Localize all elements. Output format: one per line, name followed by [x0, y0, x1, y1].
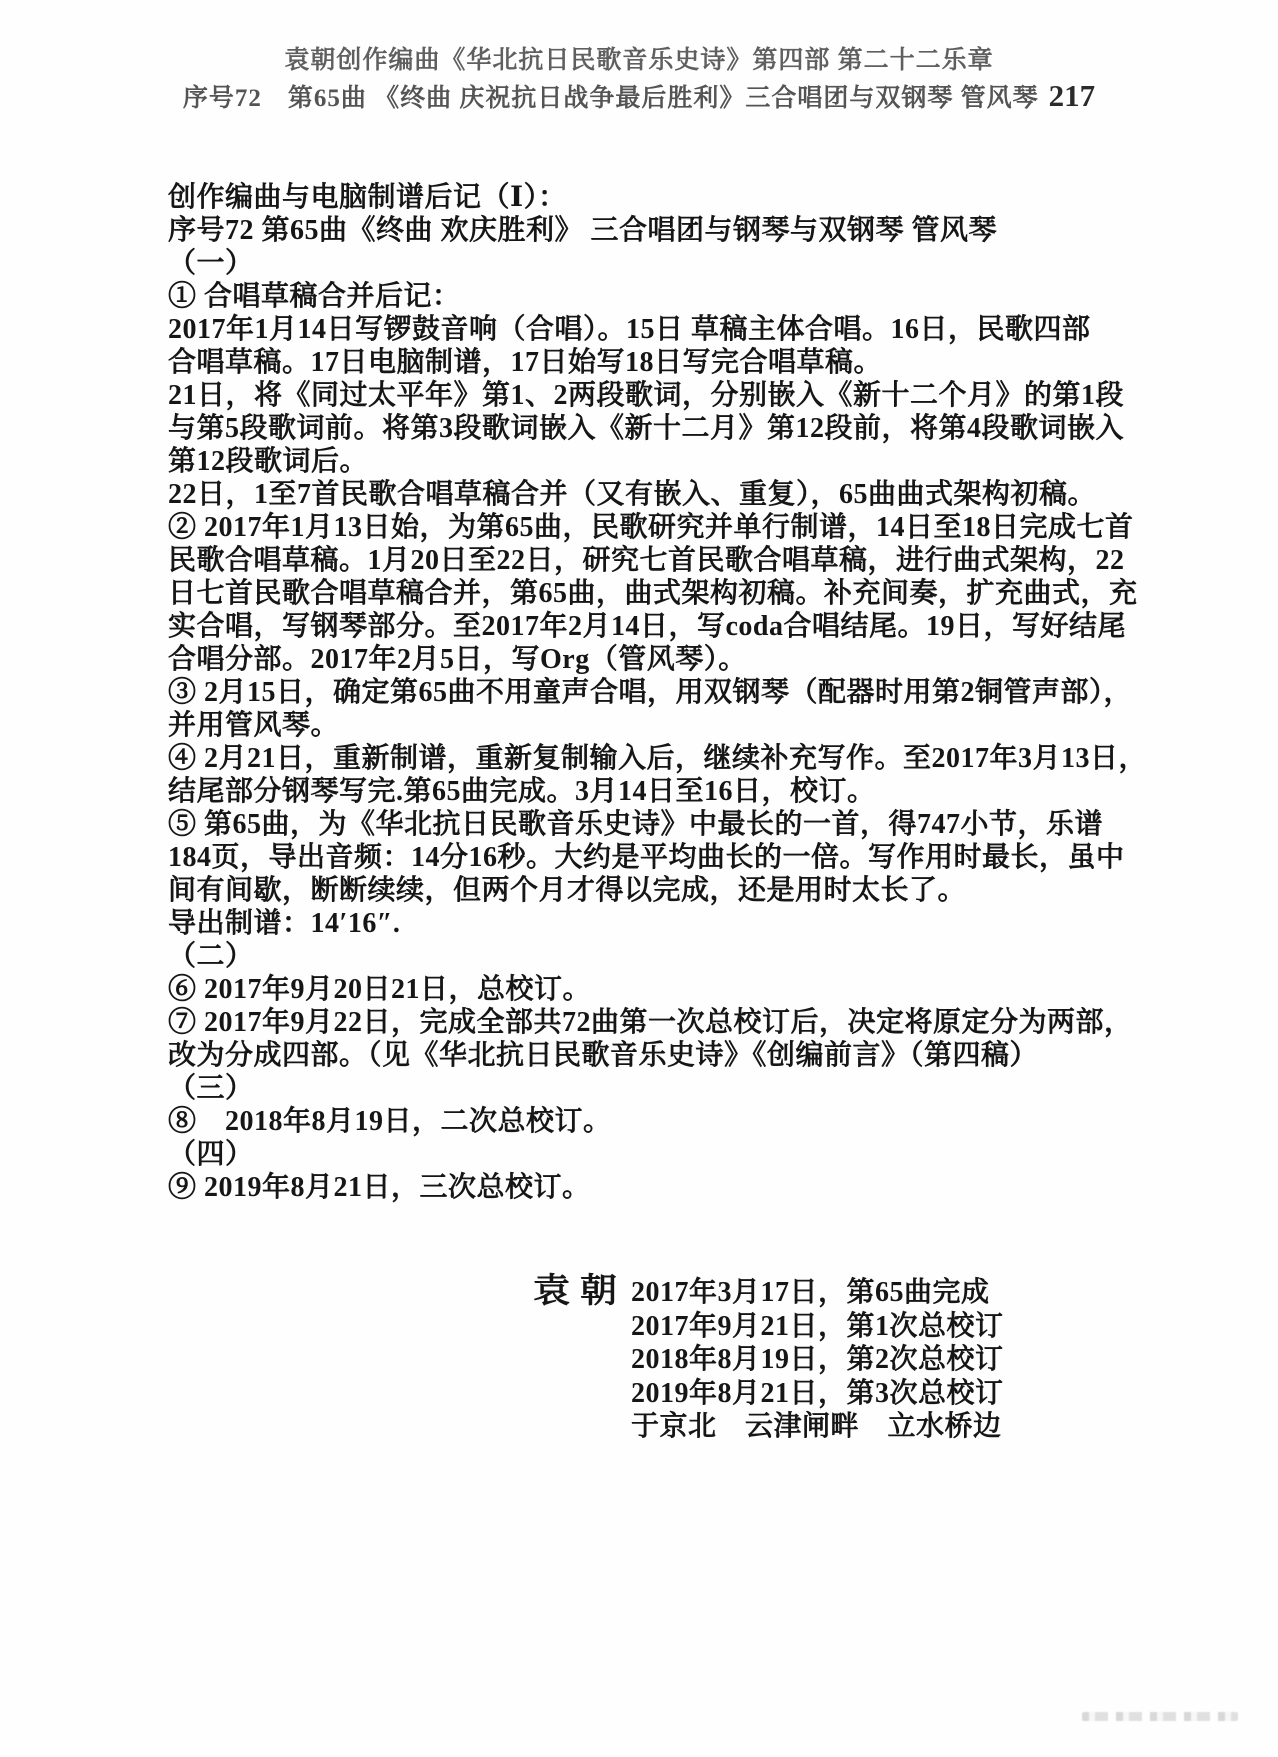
text-line: 合唱分部。2017年2月5日，写Org（管风琴）。	[168, 643, 1128, 676]
text-line: （四）	[168, 1138, 1128, 1171]
text-line: ⑤ 第65曲，为《华北抗日民歌音乐史诗》中最长的一首，得747小节，乐谱	[168, 808, 1128, 841]
text-line: ⑥ 2017年9月20日21日，总校订。	[168, 973, 1128, 1006]
page-number: 217	[1049, 78, 1096, 113]
text-line: 序号72 第65曲《终曲 欢庆胜利》 三合唱团与钢琴与双钢琴 管风琴	[168, 214, 1128, 247]
running-head-line1: 袁朝创作编曲《华北抗日民歌音乐史诗》第四部 第二十二乐章	[0, 44, 1278, 78]
text-line: 22日，1至7首民歌合唱草稿合并（又有嵌入、重复），65曲曲式架构初稿。	[168, 478, 1128, 511]
text-line: ① 合唱草稿合并后记：	[168, 280, 1128, 313]
text-line: 改为分成四部。（见《华北抗日民歌音乐史诗》《创编前言》（第四稿）	[168, 1039, 1128, 1072]
running-head-line2: 序号72 第65曲 《终曲 庆祝抗日战争最后胜利》三合唱团与双钢琴 管风琴217	[0, 78, 1278, 117]
text-line: 导出制谱：14′16″.	[168, 907, 1128, 940]
text-line: 2017年1月14日写锣鼓音响（合唱）。15日 草稿主体合唱。16日，民歌四部	[168, 313, 1128, 346]
text-line: （三）	[168, 1072, 1128, 1105]
text-line: 间有间歇，断断续续，但两个月才得以完成，还是用时太长了。	[168, 874, 1128, 907]
running-head: 袁朝创作编曲《华北抗日民歌音乐史诗》第四部 第二十二乐章 序号72 第65曲 《…	[0, 44, 1278, 117]
running-head-line2-text: 序号72 第65曲 《终曲 庆祝抗日战争最后胜利》三合唱团与双钢琴 管风琴	[183, 85, 1039, 112]
text-line: 184页，导出音频：14分16秒。大约是平均曲长的一倍。写作用时最长，虽中	[168, 841, 1128, 874]
author-signature: 袁朝	[533, 1274, 627, 1311]
signature-line: 2019年8月21日，第3次总校订	[631, 1377, 1004, 1411]
text-line: 实合唱，写钢琴部分。至2017年2月14日，写coda合唱结尾。19日，写好结尾	[168, 610, 1128, 643]
body-text: 创作编曲与电脑制谱后记（Ⅰ）：序号72 第65曲《终曲 欢庆胜利》 三合唱团与钢…	[168, 181, 1128, 1204]
text-line: （二）	[168, 940, 1128, 973]
watermark-smudge	[1082, 1712, 1238, 1721]
signature-line: 2018年8月19日，第2次总校订	[631, 1343, 1004, 1377]
text-line: ② 2017年1月13日始，为第65曲，民歌研究并单行制谱，14日至18日完成七…	[168, 511, 1128, 544]
text-line: ⑧ 2018年8月19日，二次总校订。	[168, 1105, 1128, 1138]
text-line: 日七首民歌合唱草稿合并，第65曲，曲式架构初稿。补充间奏，扩充曲式，充	[168, 577, 1128, 610]
text-line: 创作编曲与电脑制谱后记（Ⅰ）：	[168, 181, 1128, 214]
document-page: 袁朝创作编曲《华北抗日民歌音乐史诗》第四部 第二十二乐章 序号72 第65曲 《…	[0, 0, 1278, 1757]
signature-line: 于京北 云津闸畔 立水桥边	[631, 1410, 1004, 1444]
signature-block: 袁朝 2017年3月17日，第65曲完成2017年9月21日，第1次总校订201…	[533, 1272, 1004, 1444]
text-line: （一）	[168, 247, 1128, 280]
text-line: 21日，将《同过太平年》第1、2两段歌词，分别嵌入《新十二个月》的第1段	[168, 379, 1128, 412]
text-line: 第12段歌词后。	[168, 445, 1128, 478]
text-line: 结尾部分钢琴写完.第65曲完成。3月14日至16日，校订。	[168, 775, 1128, 808]
text-line: ④ 2月21日，重新制谱，重新复制输入后，继续补充写作。至2017年3月13日，	[168, 742, 1128, 775]
text-line: ⑨ 2019年8月21日，三次总校订。	[168, 1171, 1128, 1204]
signature-line: 2017年3月17日，第65曲完成	[631, 1276, 1004, 1310]
signature-lines: 2017年3月17日，第65曲完成2017年9月21日，第1次总校订2018年8…	[631, 1272, 1004, 1444]
text-line: 并用管风琴。	[168, 709, 1128, 742]
text-line: ⑦ 2017年9月22日，完成全部共72曲第一次总校订后，决定将原定分为两部，	[168, 1006, 1128, 1039]
text-line: 民歌合唱草稿。1月20日至22日，研究七首民歌合唱草稿，进行曲式架构，22	[168, 544, 1128, 577]
text-line: ③ 2月15日，确定第65曲不用童声合唱，用双钢琴（配器时用第2铜管声部），	[168, 676, 1128, 709]
signature-line: 2017年9月21日，第1次总校订	[631, 1310, 1004, 1344]
text-line: 合唱草稿。17日电脑制谱，17日始写18日写完合唱草稿。	[168, 346, 1128, 379]
text-line: 与第5段歌词前。将第3段歌词嵌入《新十二月》第12段前，将第4段歌词嵌入	[168, 412, 1128, 445]
